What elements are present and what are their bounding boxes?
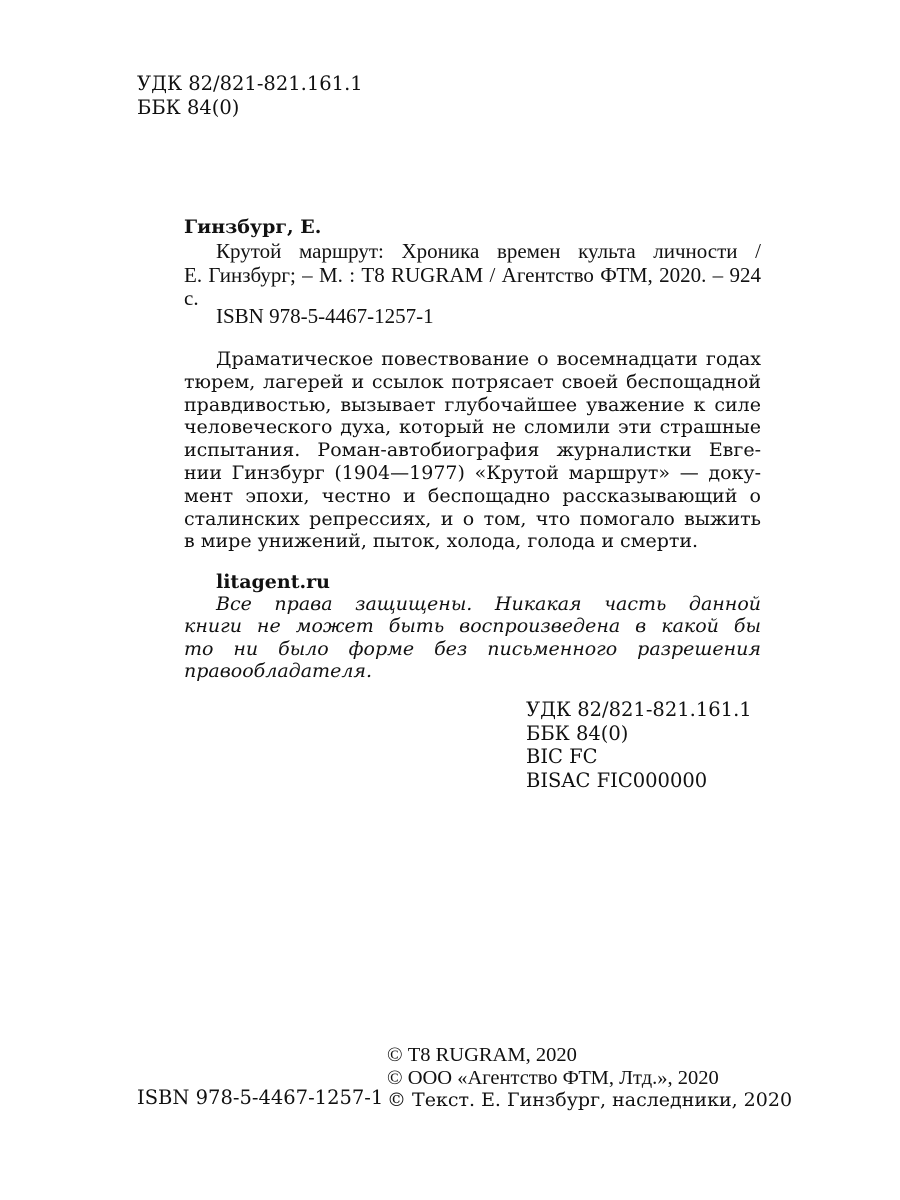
- abstract-line: испытания. Роман-автобиография журналист…: [184, 439, 761, 462]
- abstract-line: в мире унижений, пыток, холода, голода и…: [184, 530, 761, 553]
- abstract-line: правдивостью, вызывает глубочайшее уваже…: [184, 394, 761, 417]
- isbn-record: ISBN 978-5-4467-1257-1: [216, 305, 434, 328]
- bisac-code: BISAC FIC000000: [526, 769, 752, 793]
- copyright-line: © ООО «Агентство ФТМ, Лтд.», 2020: [387, 1067, 792, 1090]
- book-title-line: Крутой маршрут: Хроника времен культа ли…: [216, 240, 761, 263]
- udk-code: УДК 82/821-821.161.1: [137, 72, 363, 96]
- copyright-line: © Текст. Е. Гинзбург, наследники, 2020: [387, 1089, 792, 1112]
- rights-line: то ни было форме без письменного разреше…: [184, 638, 761, 660]
- abstract-line: человеческого духа, который не сломили э…: [184, 416, 761, 439]
- copyright-list: © Т8 RUGRAM, 2020 © ООО «Агентство ФТМ, …: [387, 1044, 792, 1112]
- rights-line: книги не может быть воспроизведена в как…: [184, 615, 761, 637]
- bbk-code: ББК 84(0): [526, 722, 752, 746]
- author-name: Гинзбург, Е.: [184, 216, 321, 239]
- abstract: Драматическое повествование о восемнадца…: [184, 348, 761, 553]
- classification-top: УДК 82/821-821.161.1 ББК 84(0): [137, 72, 363, 120]
- bic-code: BIC FC: [526, 745, 752, 769]
- classification-block: УДК 82/821-821.161.1 ББК 84(0) BIC FC BI…: [526, 698, 752, 792]
- publisher-site: litagent.ru: [216, 571, 330, 594]
- rights-line: правообладателя.: [184, 660, 761, 682]
- abstract-line: сталинских репрессиях, и о том, что помо…: [184, 508, 761, 531]
- abstract-line: Драматическое повествование о восемнадца…: [184, 348, 761, 371]
- bbk-code: ББК 84(0): [137, 96, 363, 120]
- rights-line: Все права защищены. Никакая часть данной: [184, 593, 761, 615]
- abstract-line: тюрем, лагерей и ссылок потрясает своей …: [184, 371, 761, 394]
- rights-notice: Все права защищены. Никакая часть данной…: [184, 593, 761, 683]
- publication-line: Е. Гинзбург; – М. : Т8 RUGRAM / Агентств…: [184, 264, 761, 309]
- copyright-line: © Т8 RUGRAM, 2020: [387, 1044, 792, 1067]
- abstract-line: нии Гинзбург (1904—1977) «Крутой маршрут…: [184, 462, 761, 485]
- abstract-line: мент эпохи, честно и беспощадно рассказы…: [184, 485, 761, 508]
- udk-code: УДК 82/821-821.161.1: [526, 698, 752, 722]
- isbn-footer: ISBN 978-5-4467-1257-1: [137, 1087, 383, 1110]
